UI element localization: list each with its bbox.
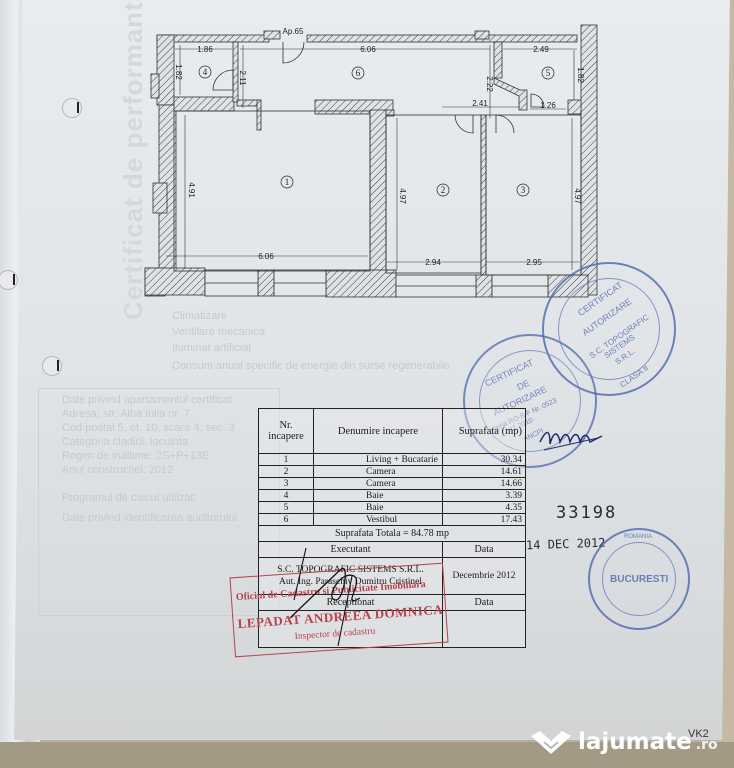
table-row: 5 Baie 4.35 xyxy=(259,502,526,514)
table-row: 4 Baie 3.39 xyxy=(259,490,526,502)
dimension-label: 2.41 xyxy=(472,99,488,108)
dimension-label: 4.97 xyxy=(398,188,407,204)
dimension-label: 2.22 xyxy=(485,76,494,92)
total-value: 84.78 xyxy=(411,528,434,539)
dimension-label: 4.91 xyxy=(187,182,196,198)
signature xyxy=(280,540,400,650)
executant-date: Decembrie 2012 xyxy=(443,558,526,595)
header-area: Suprafata (mp) xyxy=(443,409,526,454)
dimension-label: 1.82 xyxy=(576,67,585,83)
room-number-6: 6 xyxy=(356,68,361,78)
table-row: 1 Living + Bucatarie 30.34 xyxy=(259,454,526,466)
total-label: Suprafata Totala = xyxy=(335,528,409,539)
date-label: Data xyxy=(443,542,526,558)
header-nr: Nr. incapere xyxy=(259,409,314,454)
table-row: 3 Camera 14.66 xyxy=(259,478,526,490)
room-number-4: 4 xyxy=(203,67,208,77)
dimension-label: 2.95 xyxy=(526,258,542,267)
dimension-label: 2.49 xyxy=(533,45,549,54)
dimension-label: 2.94 xyxy=(425,258,441,267)
handshake-logo-icon xyxy=(528,727,574,757)
dimension-label: 1.86 xyxy=(197,45,213,54)
signature xyxy=(536,420,606,460)
receptionat-date-label: Data xyxy=(443,595,526,611)
apartment-label: Ap.65 xyxy=(283,27,304,36)
dimension-label: 2.11 xyxy=(238,71,247,87)
dimension-label: 1.26 xyxy=(540,101,556,110)
dimension-label: 1.82 xyxy=(174,64,183,80)
page-mark: VK2 xyxy=(688,728,709,740)
dimension-label: 6.06 xyxy=(360,45,376,54)
table-row: 6 Vestibul 17.43 xyxy=(259,514,526,526)
registration-number: 33198 xyxy=(556,503,617,523)
room-number-3: 3 xyxy=(521,185,526,195)
watermark-brand: lajumate xyxy=(578,729,692,755)
dimension-label: 4.97 xyxy=(573,188,582,204)
registration-date: 14 DEC 2012 xyxy=(526,536,606,553)
cadastral-office-stamp: ROMANIA BUCURESTI xyxy=(588,528,690,630)
table-row: 2 Camera 14.61 xyxy=(259,466,526,478)
dimension-label: 6.06 xyxy=(258,252,274,261)
room-number-2: 2 xyxy=(441,185,446,195)
header-name: Denumire incapere xyxy=(314,409,443,454)
total-unit: mp xyxy=(436,528,449,539)
room-number-5: 5 xyxy=(546,68,551,78)
room-number-1: 1 xyxy=(285,177,290,187)
